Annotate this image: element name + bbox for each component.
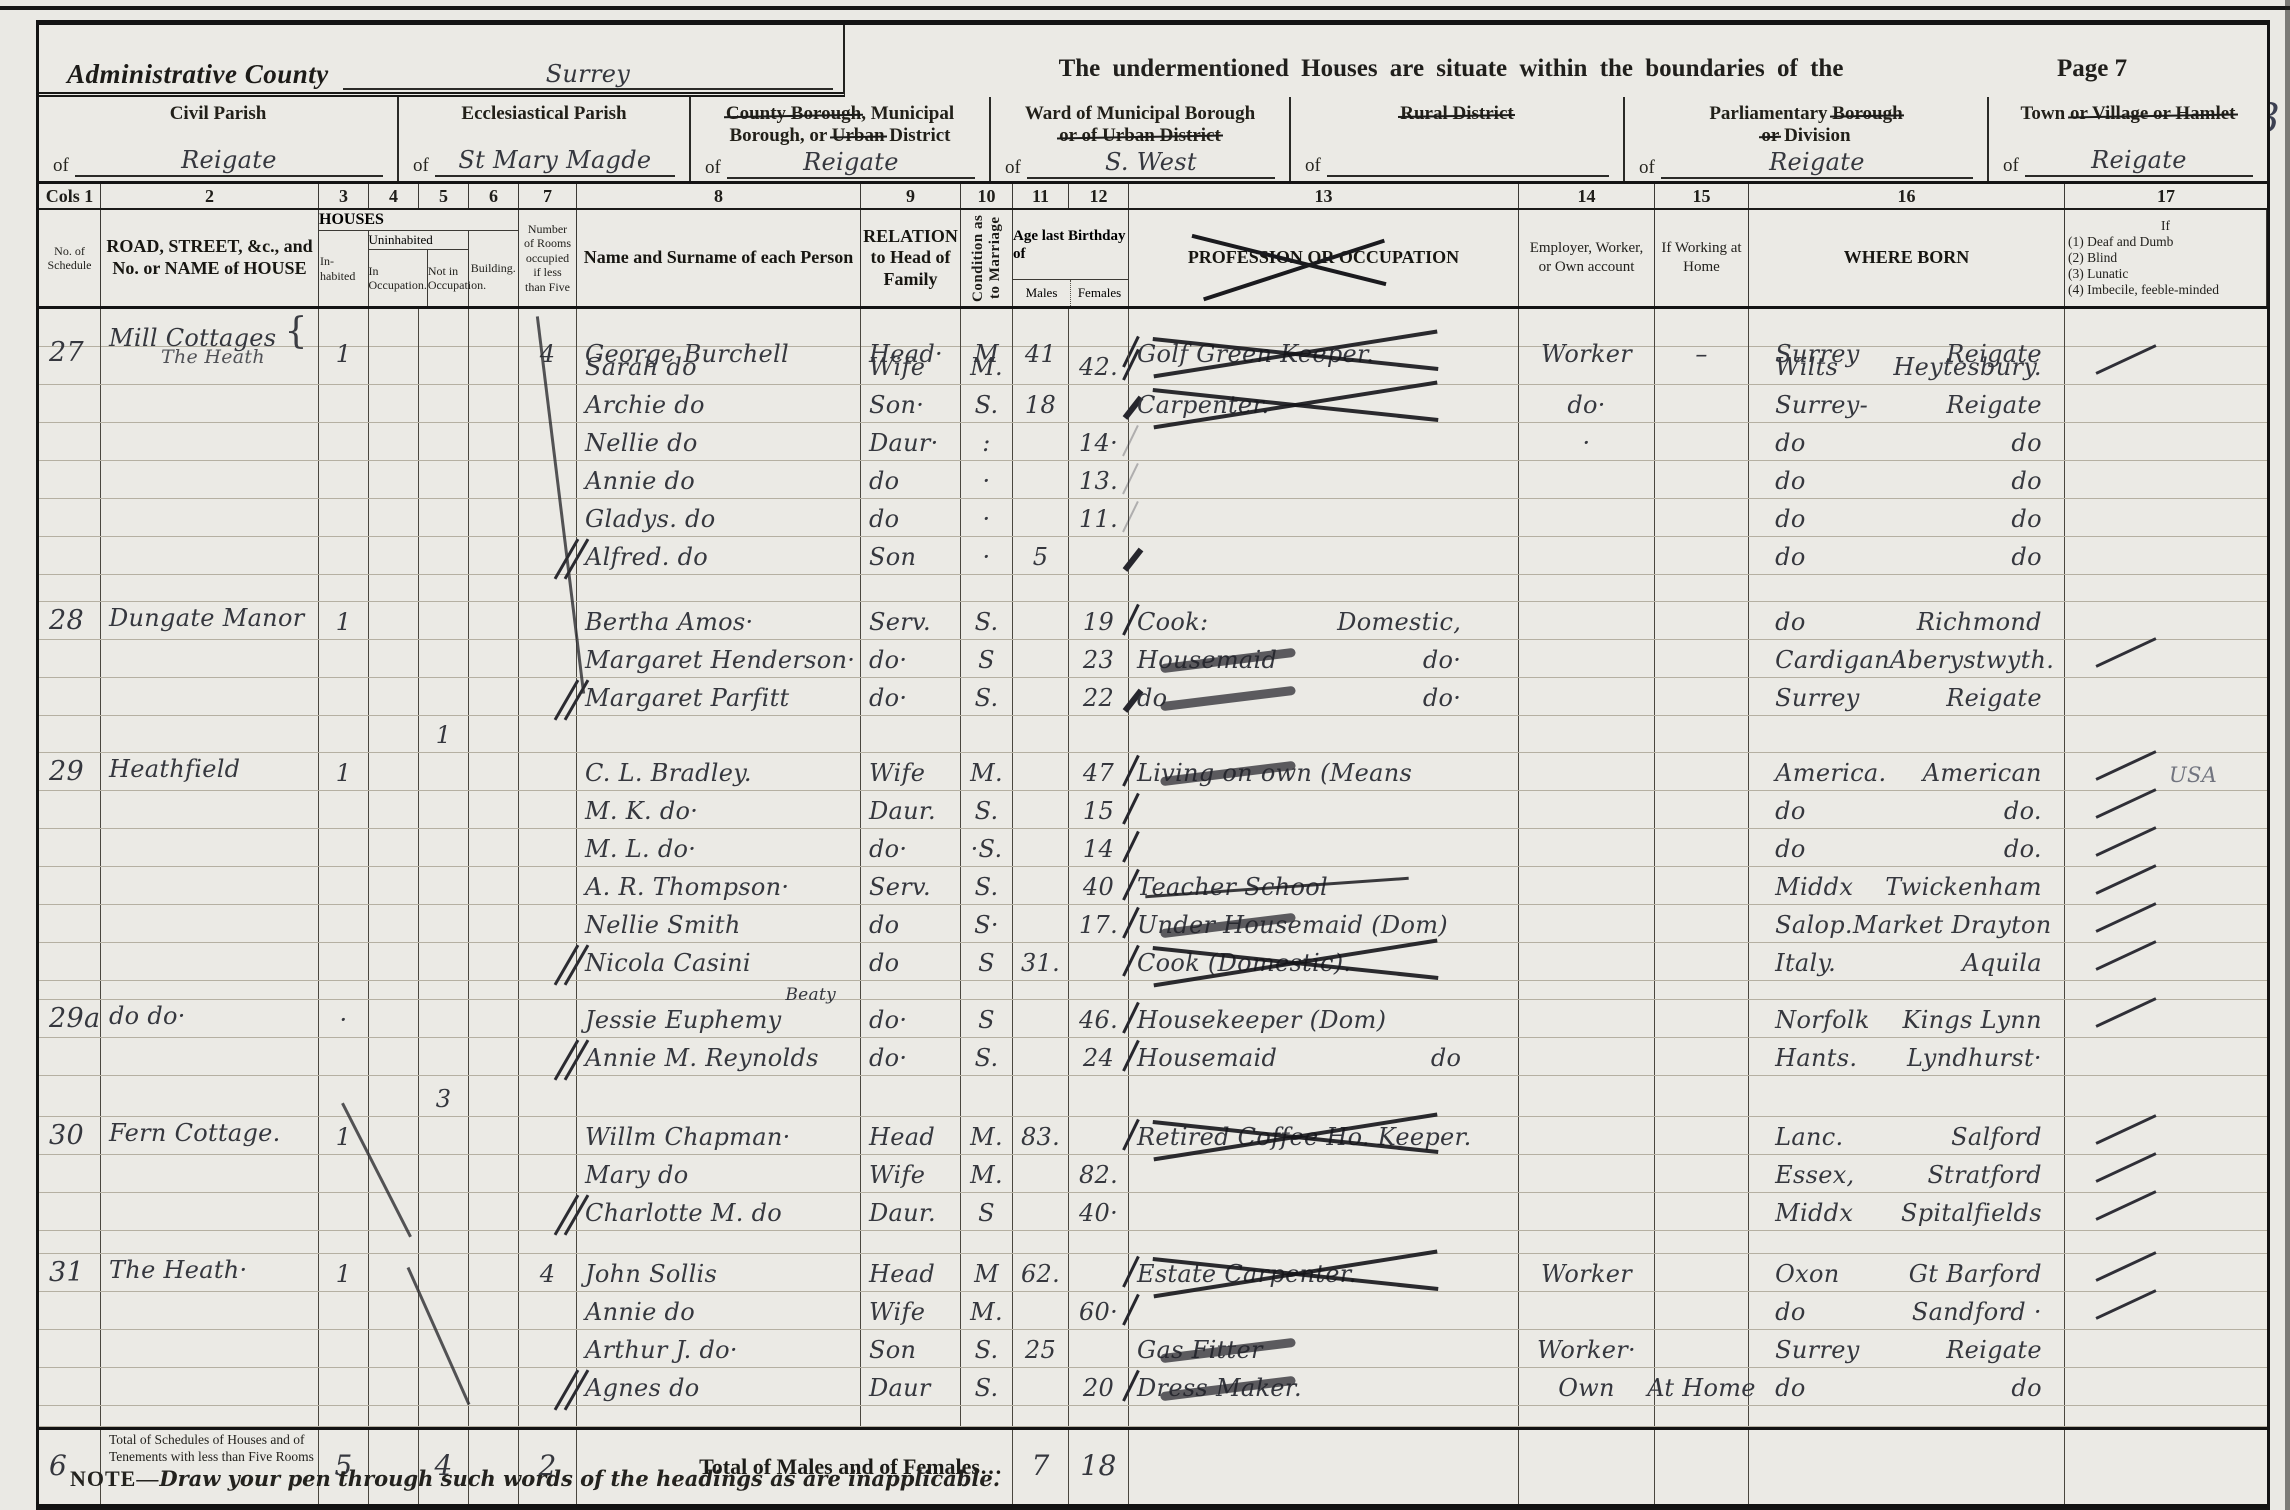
birthplace-part: do — [1775, 1298, 1805, 1326]
birthplace-part: Lyndhurst· — [1907, 1044, 2042, 1072]
district-label-part: or of Urban District — [1059, 125, 1221, 146]
district-value-line: Reigate — [1661, 147, 1973, 179]
cell-building — [469, 499, 519, 536]
cell-name: Gladys. do — [577, 499, 861, 536]
cell-inhabited — [319, 640, 369, 677]
cell-road — [101, 791, 319, 828]
cell-employer — [1519, 1292, 1655, 1329]
cell-occupation: Gas Fitter — [1129, 1330, 1519, 1367]
cell-age-male — [1013, 867, 1069, 904]
cell-uninhabited-not — [419, 1231, 469, 1253]
cell-age-female: 24 — [1069, 1038, 1129, 1075]
birthplace-part: Aberystwyth. — [1890, 646, 2054, 674]
cell-uninhabited-not: 3 — [419, 1076, 469, 1116]
cell-age-male — [1013, 1038, 1069, 1075]
cell-uninhabited-not — [419, 905, 469, 942]
cell-age-female — [1069, 1330, 1129, 1367]
cell-relation: do — [861, 905, 961, 942]
person-name: Annie do — [585, 467, 695, 495]
birthplace-part: Aquila — [1962, 949, 2042, 977]
cell-uninhabited-not — [419, 791, 469, 828]
cell-inhabited — [319, 905, 369, 942]
cell-uninhabited-occ — [369, 640, 419, 677]
district-label-part: District — [885, 125, 951, 146]
occupation-part: Carpenter. — [1137, 391, 1269, 419]
occupation-text: dodo· — [1137, 684, 1514, 712]
cell-employer — [1519, 640, 1655, 677]
cell-rooms — [519, 385, 577, 422]
cell-occupation: Carpenter. — [1129, 385, 1519, 422]
header-schedule: No. of Schedule — [39, 210, 101, 306]
district-value-line: St Mary Magde — [435, 145, 675, 177]
birthplace-part: Reigate — [1946, 1336, 2042, 1364]
cell-condition: · — [961, 537, 1013, 574]
cell-name — [577, 575, 861, 601]
cell-road — [101, 1406, 319, 1426]
person-name: M. K. do· — [585, 797, 698, 825]
birthplace-part: Heytesbury. — [1893, 353, 2041, 381]
occupation-part: Dress Maker. — [1137, 1374, 1302, 1402]
cell-employer: Worker — [1519, 1254, 1655, 1291]
cell-infirmity — [2065, 499, 2267, 536]
cell-condition — [961, 981, 1013, 999]
cell-employer — [1519, 1076, 1655, 1116]
cell-rooms — [519, 753, 577, 790]
district-boxes: Civil ParishofReigateEcclesiastical Pari… — [39, 97, 2267, 184]
cell-name — [577, 1406, 861, 1426]
birthplace-part: do — [1775, 543, 1805, 571]
census-gap-row — [39, 981, 2267, 1000]
total-label-text: Total of Schedules of Houses and of Tene… — [109, 1432, 314, 1466]
cell-inhabited: · — [319, 1000, 369, 1037]
cell-inhabited — [319, 981, 369, 999]
cell-condition: M — [961, 1254, 1013, 1291]
birthplace-part: do — [1775, 797, 1805, 825]
cell-building — [469, 423, 519, 460]
birthplace-part: Surrey — [1775, 684, 1859, 712]
cell-uninhabited-occ — [369, 385, 419, 422]
column-number-13: 13 — [1129, 184, 1519, 208]
cell-road — [101, 981, 319, 999]
birthplace-part: Reigate — [1946, 684, 2042, 712]
cell-building — [469, 1368, 519, 1405]
cell-building — [469, 981, 519, 999]
cell-employer — [1519, 753, 1655, 790]
cell-rooms — [519, 1117, 577, 1154]
cell-home — [1655, 1155, 1749, 1192]
schedule-number: 31 — [47, 1257, 84, 1288]
cell-infirmity — [2065, 575, 2267, 601]
header-infirmities: If (1) Deaf and Dumb (2) Blind (3) Lunat… — [2065, 210, 2267, 306]
cell-name: Annie M. Reynolds — [577, 1038, 861, 1075]
cell-infirmity — [2065, 347, 2267, 384]
occupation-part: Cook (Domestic). — [1137, 949, 1351, 977]
cell-name — [577, 1231, 861, 1253]
cell-condition: M. — [961, 1292, 1013, 1329]
birthplace-text: NorfolkKings Lynn — [1757, 1006, 2060, 1034]
cell-schedule-no: 29 — [39, 753, 101, 790]
cell-inhabited — [319, 461, 369, 498]
cell-infirmity — [2065, 1193, 2267, 1230]
cell-born — [1749, 1406, 2065, 1426]
cell-relation — [861, 575, 961, 601]
birthplace-part: Market Drayton — [1853, 911, 2052, 939]
cell-uninhabited-occ — [369, 602, 419, 639]
cell-inhabited — [319, 678, 369, 715]
cell-rooms — [519, 867, 577, 904]
birthplace-text: OxonGt Barford — [1757, 1260, 2060, 1288]
header-uninhabited-group: Uninhabited In Occupation. Not in Occupa… — [369, 231, 469, 306]
column-number-3: 3 — [319, 184, 369, 208]
cell-inhabited: 1 — [319, 753, 369, 790]
cell-rooms — [519, 1231, 577, 1253]
cell-born: WiltsHeytesbury. — [1749, 347, 2065, 384]
cell-infirmity — [2065, 1076, 2267, 1116]
cell-relation: do· — [861, 640, 961, 677]
cell-uninhabited-not — [419, 602, 469, 639]
cell-employer — [1519, 461, 1655, 498]
header-uninhabited: Uninhabited — [369, 231, 468, 250]
cell-building — [469, 1231, 519, 1253]
cell-building — [469, 678, 519, 715]
cell-uninhabited-occ — [369, 867, 419, 904]
cell-age-female — [1069, 981, 1129, 999]
district-of-line: ofReigate — [45, 145, 391, 179]
cell-uninhabited-occ — [369, 575, 419, 601]
cell-occupation — [1129, 575, 1519, 601]
cell-employer — [1519, 575, 1655, 601]
person-name: Gladys. do — [585, 505, 715, 533]
cell-occupation — [1129, 791, 1519, 828]
cell-uninhabited-occ — [369, 1155, 419, 1192]
cell-employer: Own — [1519, 1368, 1655, 1405]
cell-home — [1655, 602, 1749, 639]
cell-road — [101, 1076, 319, 1116]
cell-uninhabited-not — [419, 1254, 469, 1291]
cell-rooms — [519, 905, 577, 942]
cell-inhabited — [319, 1330, 369, 1367]
cell-inhabited: 1 — [319, 602, 369, 639]
header-infirm-4: (4) Imbecile, feeble-minded — [2068, 282, 2263, 298]
cell-uninhabited-occ — [369, 1254, 419, 1291]
relation-value: do· — [869, 646, 907, 674]
cell-schedule-no — [39, 1076, 101, 1116]
district-box-rural-district: Rural Districtof — [1291, 97, 1625, 181]
home-value: At Home — [1647, 1374, 1756, 1402]
column-number-9: 9 — [861, 184, 961, 208]
district-value-line: Reigate — [75, 145, 383, 177]
cell-born: SurreyReigate — [1749, 1330, 2065, 1367]
occupation-part: do — [1137, 684, 1167, 712]
header-condition: Condition as to Marriage — [961, 210, 1013, 306]
age-male-value: 25 — [1025, 1336, 1056, 1364]
age-female-value: 15 — [1083, 797, 1114, 825]
birthplace-part: do. — [2004, 835, 2042, 863]
cell-building — [469, 905, 519, 942]
cell-road: The Heath· — [101, 1254, 319, 1291]
relation-value: Son — [869, 1336, 916, 1364]
census-body: 27Mill Cottages{The Heath14George Burche… — [39, 309, 2267, 1427]
cell-uninhabited-occ — [369, 829, 419, 866]
district-of-line: ofReigate — [1631, 147, 1981, 181]
census-gap-row: 1 — [39, 716, 2267, 753]
census-row: Nicola CasinidoS31.Cook (Domestic).Italy… — [39, 943, 2267, 981]
column-number-1: Cols 1 — [39, 184, 101, 208]
relation-value: Serv. — [869, 873, 931, 901]
cell-age-male — [1013, 1231, 1069, 1253]
birthplace-part: do — [1775, 1374, 1805, 1402]
person-name: Alfred. do — [585, 543, 708, 571]
uninhabited-value: 3 — [436, 1085, 452, 1113]
column-number-12: 12 — [1069, 184, 1129, 208]
cell-relation: Head — [861, 1117, 961, 1154]
cell-rooms: 4 — [519, 1254, 577, 1291]
census-row: 29ado do··BeatyJessie Euphemydo·S46.Hous… — [39, 1000, 2267, 1038]
page-number: Page 7 — [2057, 55, 2267, 97]
census-row: Charlotte M. doDaur.S40·MiddxSpitalfield… — [39, 1193, 2267, 1231]
rooms-value: 4 — [540, 1260, 556, 1288]
cell-home — [1655, 1076, 1749, 1116]
cell-name: Nellie Smith — [577, 905, 861, 942]
pen-dash — [2095, 1152, 2156, 1183]
occupation-text: Carpenter. — [1137, 391, 1514, 419]
cell-road — [101, 678, 319, 715]
occupation-text: Retired Coffee Ho. Keeper. — [1137, 1123, 1514, 1151]
district-label-part: County Borough — [726, 103, 861, 124]
cell-uninhabited-occ — [369, 943, 419, 980]
district-value-line: Reigate — [2025, 145, 2253, 177]
header-females: Females — [1071, 280, 1128, 306]
cell-schedule-no — [39, 716, 101, 752]
birthplace-part: American — [1923, 759, 2042, 787]
cell-condition: S — [961, 1000, 1013, 1037]
administrative-county-band: Administrative County Surrey The underme… — [39, 25, 2267, 97]
age-female-value: 24 — [1083, 1044, 1114, 1072]
district-value: S. West — [1105, 148, 1197, 176]
column-number-17: 17 — [2065, 184, 2267, 208]
cell-name: Margaret Parfitt — [577, 678, 861, 715]
cell-road — [101, 347, 319, 384]
cell-name: Nicola Casini — [577, 943, 861, 980]
occupation-part: Estate Carpenter. — [1137, 1260, 1357, 1288]
cell-occupation — [1129, 461, 1519, 498]
cell-uninhabited-occ — [369, 1076, 419, 1116]
census-gap-row — [39, 575, 2267, 602]
cell-born — [1749, 1076, 2065, 1116]
cell-infirmity — [2065, 1117, 2267, 1154]
cell-condition: S. — [961, 1330, 1013, 1367]
cell-uninhabited-not — [419, 575, 469, 601]
cell-home — [1655, 905, 1749, 942]
column-number-15: 15 — [1655, 184, 1749, 208]
cell-infirmity — [2065, 1406, 2267, 1426]
cell-home — [1655, 537, 1749, 574]
pen-dash — [2095, 1251, 2156, 1282]
cell-age-female: 13. — [1069, 461, 1129, 498]
condition-value: S — [978, 646, 995, 674]
cell-occupation — [1129, 423, 1519, 460]
pen-dash — [2095, 1289, 2156, 1320]
cell-name — [577, 716, 861, 752]
cell-home — [1655, 1231, 1749, 1253]
district-label-part: Ward of Municipal Borough — [1025, 103, 1255, 124]
condition-value: S· — [974, 911, 999, 939]
birthplace-text: CardiganAberystwyth. — [1757, 646, 2060, 674]
cell-inhabited — [319, 423, 369, 460]
census-row: Arthur J. do·SonS.25Gas FitterWorker·Sur… — [39, 1330, 2267, 1368]
pen-dash — [2095, 1114, 2156, 1145]
cell-inhabited — [319, 385, 369, 422]
cell-age-female: 19 — [1069, 602, 1129, 639]
cell-age-female — [1069, 537, 1129, 574]
person-name: Mary do — [585, 1161, 688, 1189]
occupation-text: Housekeeper (Dom) — [1137, 1006, 1514, 1034]
district-label-civil-parish: Civil Parish — [45, 103, 391, 125]
pen-dash — [2095, 864, 2156, 895]
cell-inhabited — [319, 1076, 369, 1116]
birthplace-part: Wilts — [1775, 353, 1838, 381]
cell-schedule-no — [39, 640, 101, 677]
age-female-value: 42. — [1079, 353, 1118, 381]
district-box-county-borough: County Borough, MunicipalBorough, or Urb… — [691, 97, 991, 181]
column-number-14: 14 — [1519, 184, 1655, 208]
birthplace-part: Twickenham — [1885, 873, 2042, 901]
road-name: The Heath· — [109, 1256, 314, 1284]
birthplace-part: do — [2011, 543, 2041, 571]
district-label-parliamentary: Parliamentary Boroughor Division — [1631, 103, 1981, 147]
birthplace-part: Cardigan — [1775, 646, 1890, 674]
cell-road — [101, 1330, 319, 1367]
cell-building — [469, 1076, 519, 1116]
of-word: of — [1305, 155, 1321, 177]
cell-occupation — [1129, 981, 1519, 999]
cell-name: Arthur J. do· — [577, 1330, 861, 1367]
birthplace-part: Hants. — [1775, 1044, 1857, 1072]
cell-relation: do· — [861, 1038, 961, 1075]
cell-uninhabited-occ — [369, 1330, 419, 1367]
column-number-11: 11 — [1013, 184, 1069, 208]
cell-name: Bertha Amos· — [577, 602, 861, 639]
district-label-ward: Ward of Municipal Boroughor of Urban Dis… — [997, 103, 1283, 147]
pen-dash — [2095, 788, 2156, 819]
occupation-text: Living on own (Means — [1137, 759, 1514, 787]
age-male-value: 18 — [1025, 391, 1056, 419]
district-value: Reigate — [803, 148, 899, 176]
cell-age-male — [1013, 461, 1069, 498]
cell-relation — [861, 716, 961, 752]
cell-occupation: dodo· — [1129, 678, 1519, 715]
cell-relation: do· — [861, 1000, 961, 1037]
of-word: of — [53, 155, 69, 177]
cell-rooms — [519, 461, 577, 498]
cell-name: Willm Chapman· — [577, 1117, 861, 1154]
cell-home: At Home — [1655, 1368, 1749, 1405]
census-row: Annie dodo·13.dodo — [39, 461, 2267, 499]
cell-infirmity — [2065, 1038, 2267, 1075]
cell-age-male — [1013, 905, 1069, 942]
cell-relation: Wife — [861, 753, 961, 790]
age-female-value: 14 — [1083, 835, 1114, 863]
cell-total-males: 7 — [1013, 1430, 1069, 1504]
cell-schedule-no — [39, 1038, 101, 1075]
cell-relation: Son· — [861, 385, 961, 422]
cell-age-male: 31. — [1013, 943, 1069, 980]
cell-building — [469, 1117, 519, 1154]
cell-uninhabited-not — [419, 1155, 469, 1192]
age-male-value: 5 — [1033, 543, 1049, 571]
cell-age-male: 5 — [1013, 537, 1069, 574]
cell-name: BeatyJessie Euphemy — [577, 1000, 861, 1037]
cell-inhabited — [319, 943, 369, 980]
cell-occupation: Under Housemaid (Dom) — [1129, 905, 1519, 942]
cell-rooms — [519, 943, 577, 980]
cell-total-blank-15 — [1655, 1430, 1749, 1504]
employer-value: Worker — [1541, 1260, 1632, 1288]
cell-total-females: 18 — [1069, 1430, 1129, 1504]
birthplace-part: do — [1775, 835, 1805, 863]
condition-value: S. — [975, 608, 999, 636]
person-name: Annie do — [585, 1298, 695, 1326]
birthplace-text: dodo — [1757, 467, 2060, 495]
district-box-ward: Ward of Municipal Boroughor of Urban Dis… — [991, 97, 1291, 181]
district-label-part: Urban — [832, 125, 885, 146]
occupation-part: Gas Fitter — [1137, 1336, 1263, 1364]
cell-infirmity — [2065, 981, 2267, 999]
cell-building — [469, 575, 519, 601]
column-number-10: 10 — [961, 184, 1013, 208]
birthplace-text: dodo — [1757, 543, 2060, 571]
district-label-ecclesiastical-parish: Ecclesiastical Parish — [405, 103, 683, 125]
condition-value: S. — [975, 684, 999, 712]
cell-age-male — [1013, 640, 1069, 677]
census-row: Annie M. Reynoldsdo·S.24HousemaiddoHants… — [39, 1038, 2267, 1076]
cell-total-blank-16 — [1749, 1430, 2065, 1504]
cell-age-female: 82. — [1069, 1155, 1129, 1192]
cell-occupation — [1129, 1292, 1519, 1329]
cell-name — [577, 1076, 861, 1116]
cell-uninhabited-occ — [369, 678, 419, 715]
header-uninhabited-cols: In Occupation. Not in Occupation. — [369, 250, 468, 306]
census-row: A. R. Thompson·Serv.S.40Teacher SchoolMi… — [39, 867, 2267, 905]
cell-schedule-no — [39, 461, 101, 498]
age-male-value: 31. — [1021, 949, 1060, 977]
person-name: Nellie Smith — [585, 911, 741, 939]
cell-uninhabited-not — [419, 943, 469, 980]
cell-home — [1655, 461, 1749, 498]
person-name: Agnes do — [585, 1374, 700, 1402]
cell-relation: Wife — [861, 347, 961, 384]
cell-age-female: 14· — [1069, 423, 1129, 460]
condition-value: S. — [975, 1336, 999, 1364]
birthplace-text: MiddxTwickenham — [1757, 873, 2060, 901]
cell-relation: do — [861, 461, 961, 498]
cell-home — [1655, 575, 1749, 601]
district-value: Reigate — [2091, 146, 2187, 174]
cell-age-male: 83. — [1013, 1117, 1069, 1154]
district-value: Reigate — [181, 146, 277, 174]
condition-value: M. — [970, 1123, 1003, 1151]
condition-value: S. — [975, 797, 999, 825]
district-label-part: Borough, or — [730, 125, 832, 146]
cell-born: Salop.Market Drayton — [1749, 905, 2065, 942]
inhabited-value: · — [340, 1006, 348, 1034]
cell-uninhabited-not: 1 — [419, 716, 469, 752]
cell-uninhabited-not — [419, 640, 469, 677]
cell-uninhabited-occ — [369, 1292, 419, 1329]
person-name: Margaret Parfitt — [585, 684, 789, 712]
cell-rooms — [519, 1038, 577, 1075]
birthplace-part: Richmond — [1917, 608, 2042, 636]
